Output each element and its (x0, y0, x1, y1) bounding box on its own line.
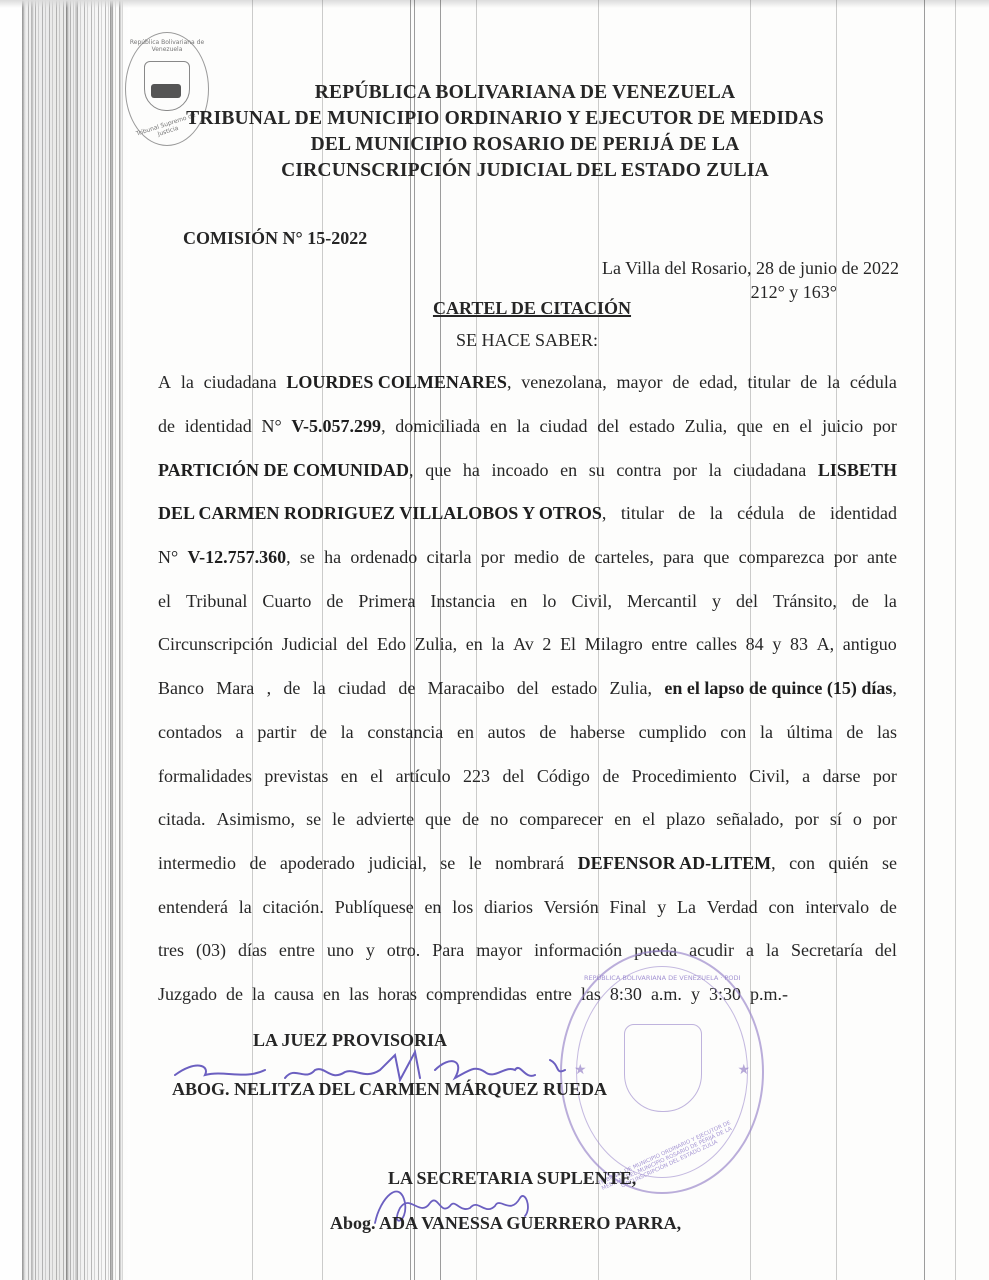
document-header: REPÚBLICA BOLIVARIANA DE VENEZUELA TRIBU… (180, 80, 870, 184)
place-and-date: La Villa del Rosario, 28 de junio de 202… (602, 256, 899, 304)
body-line: N°V-12.757.360,sehaordenadocitarlapormed… (158, 536, 897, 580)
secretary-title: LA SECRETARIA SUPLENTE, (388, 1168, 636, 1189)
body-line: citada.Asimismo,seleadviertequedenocompa… (158, 798, 897, 842)
header-line: TRIBUNAL DE MUNICIPIO ORDINARIO Y EJECUT… (140, 106, 870, 132)
body-line: PARTICIÓN DE COMUNIDAD,quehaincoadoensuc… (158, 448, 897, 492)
citation-body: AlaciudadanaLOURDES COLMENARES,venezolan… (158, 361, 897, 1016)
body-line: contadosapartirdelaconstanciaenautosdeha… (158, 711, 897, 755)
secretary-name: Abog. ADA VANESSA GUERRERO PARRA, (330, 1213, 681, 1234)
body-line: intermediodeapoderadojudicial,selenombra… (158, 842, 897, 886)
body-line: deidentidadN°V-5.057.299,domiciliadaenla… (158, 405, 897, 449)
stamp-ring-text-top: REPÚBLICA BOLIVARIANA DE VENEZUELA · POD… (584, 974, 740, 982)
scan-edge-artifact (0, 0, 130, 1280)
body-line: formalidadesprevistasenelartículo223delC… (158, 754, 897, 798)
body-line: AlaciudadanaLOURDES COLMENARES,venezolan… (158, 361, 897, 405)
seal-ring-text-top: República Bolivariana de Venezuela (126, 39, 208, 53)
body-line: DEL CARMEN RODRIGUEZ VILLALOBOS Y OTROS,… (158, 492, 897, 536)
body-line: elTribunalCuartodePrimeraInstanciaenloCi… (158, 579, 897, 623)
scan-top-shade (0, 0, 989, 8)
body-line: entenderálacitación.Publíqueseenlosdiari… (158, 885, 897, 929)
scan-line (955, 0, 956, 1280)
judge-name: ABOG. NELITZA DEL CARMEN MÁRQUEZ RUEDA (172, 1079, 607, 1100)
body-line: BancoMara,delaciudaddeMaracaibodelestado… (158, 667, 897, 711)
header-line: REPÚBLICA BOLIVARIANA DE VENEZUELA (180, 80, 870, 106)
document-title: CARTEL DE CITACIÓN (0, 298, 989, 319)
coat-of-arms-icon (624, 1024, 702, 1112)
star-icon: ★ (737, 1062, 750, 1079)
document-subtitle: SE HACE SABER: (0, 330, 989, 351)
star-icon: ★ (574, 1062, 587, 1079)
court-stamp: REPÚBLICA BOLIVARIANA DE VENEZUELA · POD… (560, 950, 764, 1194)
body-line: Juzgadodelacausaenlashorascomprendidasen… (158, 973, 897, 1017)
body-line: CircunscripciónJudicialdelEdoZulia,enlaA… (158, 623, 897, 667)
commission-number: COMISIÓN N° 15-2022 (183, 228, 367, 249)
header-line: DEL MUNICIPIO ROSARIO DE PERIJÁ DE LA (180, 132, 870, 158)
judge-title: LA JUEZ PROVISORIA (253, 1030, 447, 1051)
date-line: La Villa del Rosario, 28 de junio de 202… (602, 256, 899, 280)
body-line: tres(03)díasentreunoyotro.Paramayorinfor… (158, 929, 897, 973)
header-line: CIRCUNSCRIPCIÓN JUDICIAL DEL ESTADO ZULI… (180, 158, 870, 184)
scan-line (924, 0, 925, 1280)
